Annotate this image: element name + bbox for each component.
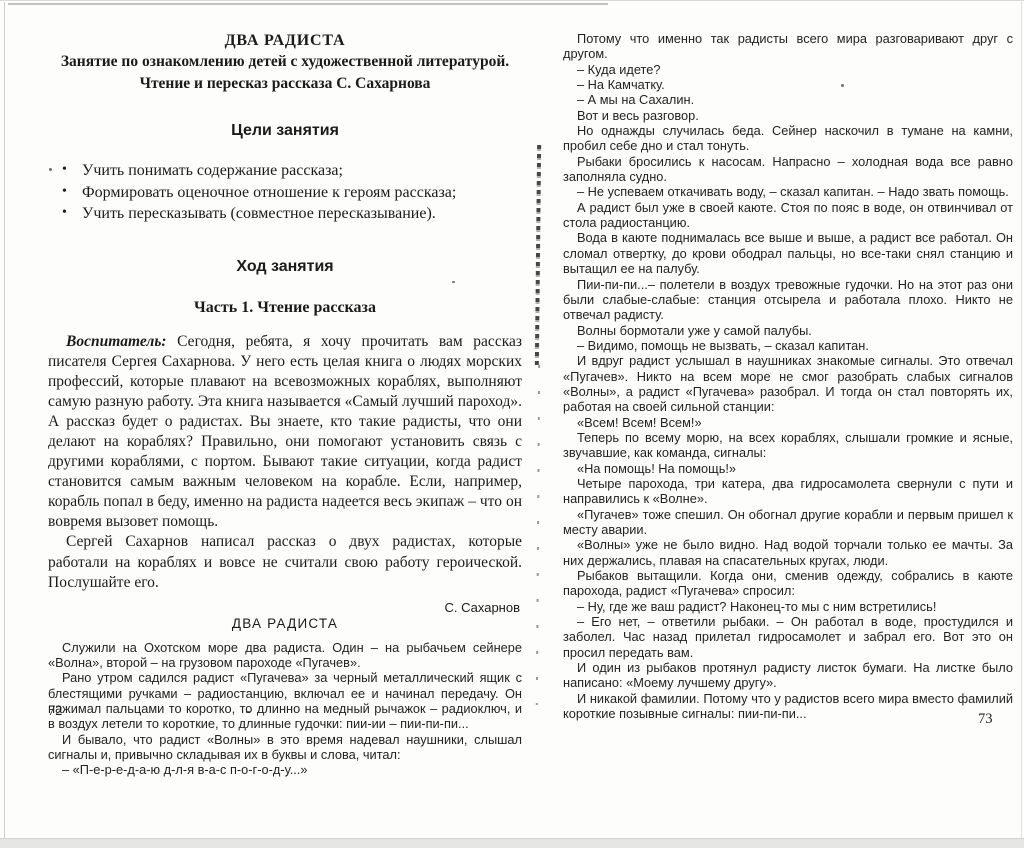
story-paragraph: «Всем! Всем! Всем!» <box>563 415 1013 430</box>
story-paragraph: – На Камчатку. <box>563 77 1013 92</box>
story-paragraph: Рыбаки бросились к насосам. Напрасно – х… <box>563 154 1013 185</box>
story-paragraph: А радист был уже в своей каюте. Стоя по … <box>563 200 1013 231</box>
scan-edge-left <box>4 2 5 842</box>
teacher-text: Сегодня, ребята, я хочу прочитать вам ра… <box>48 333 522 531</box>
story-paragraph: Четыре парохода, три катера, два гидроса… <box>563 476 1013 507</box>
book-spread-scan: ДВА РАДИСТА Занятие по ознакомлению дете… <box>0 0 1024 848</box>
goals-list: • Учить понимать содержание рассказа; • … <box>48 160 522 225</box>
story-paragraph: И никакой фамилии. Потому что у радистов… <box>563 691 1013 722</box>
page-number-left: 72 <box>48 703 63 720</box>
page-left: ДВА РАДИСТА Занятие по ознакомлению дете… <box>48 0 522 848</box>
story-paragraph: Теперь по всему морю, на всех кораблях, … <box>563 430 1013 461</box>
binding-shadow-lower <box>536 365 540 705</box>
goal-item: • Учить пересказывать (совместное переск… <box>62 203 522 225</box>
goal-text: Учить пересказывать (совместное пересказ… <box>82 205 436 222</box>
scan-edge-right <box>1021 0 1022 848</box>
goals-heading: Цели занятия <box>48 122 522 140</box>
story-paragraph: – Не успеваем откачивать воду, – сказал … <box>563 184 1013 199</box>
goal-item: • Учить понимать содержание рассказа; <box>62 160 522 182</box>
story-paragraph: Рыбаков вытащили. Когда они, сменив одеж… <box>563 568 1013 599</box>
page-right: Потому что именно так радисты всего мира… <box>563 0 1013 848</box>
story-author: С. Сахарнов <box>48 600 522 615</box>
story-paragraph: «Волны» уже не было видно. Над водой тор… <box>563 537 1013 568</box>
story-paragraph: Потому что именно так радисты всего мира… <box>563 31 1013 62</box>
story-paragraph: Служили на Охотском море два радиста. Од… <box>48 640 522 671</box>
teacher-paragraph-2: Сергей Сахарнов написал рассказ о двух р… <box>48 532 522 592</box>
lesson-title: ДВА РАДИСТА <box>48 30 522 51</box>
bullet-icon: • <box>62 181 67 203</box>
story-paragraph: И один из рыбаков протянул радисту листо… <box>563 660 1013 691</box>
story-paragraph: «Пугачев» тоже спешил. Он обогнал другие… <box>563 507 1013 538</box>
story-paragraph: «На помощь! На помощь!» <box>563 461 1013 476</box>
story-paragraph: – Ну, где же ваш радист? Наконец-то мы с… <box>563 599 1013 614</box>
story-paragraph: – «П-е-р-е-д-а-ю д-л-я в-а-с п-о-г-о-д-у… <box>48 762 522 777</box>
story-paragraph: Но однажды случилась беда. Сейнер наскоч… <box>563 123 1013 154</box>
goal-text: Учить понимать содержание рассказа; <box>82 162 343 179</box>
story-paragraph: – А мы на Сахалин. <box>563 92 1013 107</box>
binding-shadow-upper <box>535 145 541 365</box>
goal-text: Формировать оценочное отношение к героям… <box>82 184 456 201</box>
goal-item: • Формировать оценочное отношение к геро… <box>62 182 522 204</box>
story-paragraph: Вот и весь разговор. <box>563 108 1013 123</box>
story-paragraph: Волны бормотали уже у самой палубы. <box>563 323 1013 338</box>
teacher-paragraph: Воспитатель: Сегодня, ребята, я хочу про… <box>48 332 522 533</box>
bullet-icon: • <box>62 159 67 181</box>
story-paragraph: – Куда идете? <box>563 62 1013 77</box>
story-paragraph: Пии-пи-пи...– полетели в воздух тревожны… <box>563 277 1013 323</box>
story-title: ДВА РАДИСТА <box>48 616 522 631</box>
bullet-icon: • <box>62 202 67 224</box>
procedure-heading: Ход занятия <box>48 258 522 276</box>
teacher-label: Воспитатель: <box>66 333 167 350</box>
part-heading: Часть 1. Чтение рассказа <box>48 299 522 317</box>
lesson-subtitle-1: Занятие по ознакомлению детей с художест… <box>48 51 522 73</box>
page-number-right: 73 <box>978 711 993 728</box>
lesson-subtitle-2: Чтение и пересказ рассказа С. Сахарнова <box>48 73 522 95</box>
story-paragraph: Вода в каюте поднималась все выше и выше… <box>563 230 1013 276</box>
story-paragraph: Рано утром садился радист «Пугачева» за … <box>48 670 522 731</box>
story-paragraph: – Видимо, помощь не вызвать, – сказал ка… <box>563 338 1013 353</box>
story-paragraph: – Его нет, – ответили рыбаки. – Он работ… <box>563 614 1013 660</box>
story-paragraph: И бывало, что радист «Волны» в это время… <box>48 732 522 763</box>
story-paragraph: И вдруг радист услышал в наушниках знако… <box>563 353 1013 414</box>
